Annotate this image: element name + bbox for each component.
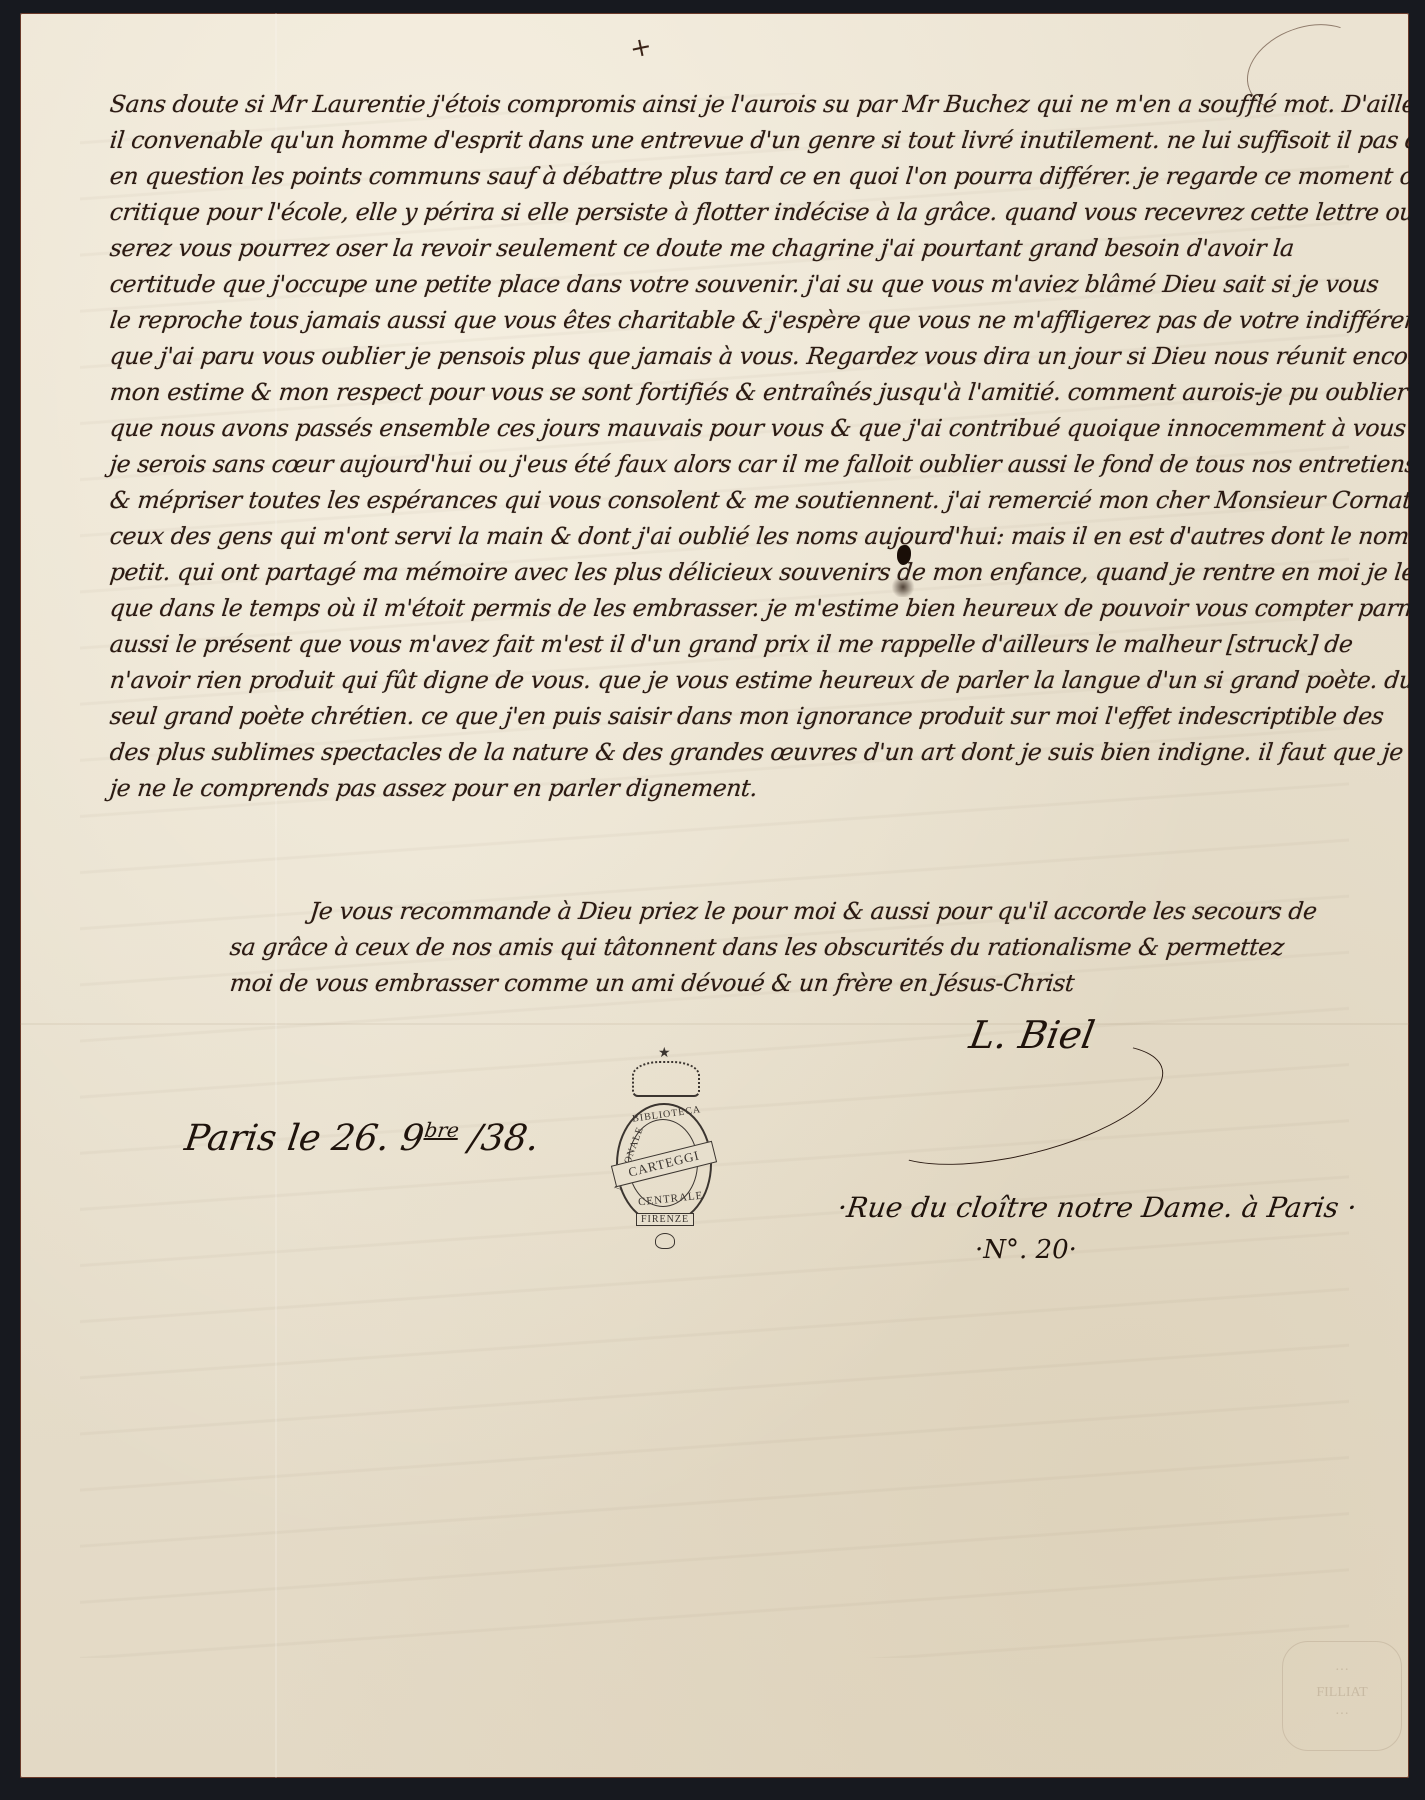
library-stamp: ★ BIBLIOTECA NAZIONALE CARTEGGI CENTRALE… (610, 1053, 720, 1253)
letter-page: + Sans doute si Mr Laurentie j'étois com… (20, 13, 1409, 1778)
body-line: des plus sublimes spectacles de la natur… (108, 734, 1409, 770)
body-line: mon estime & mon respect pour vous se so… (108, 374, 1409, 410)
address-number: ·N°. 20· (975, 1235, 1077, 1265)
body-line: Sans doute si Mr Laurentie j'étois compr… (108, 86, 1409, 122)
body-line: le reproche tous jamais aussi que vous ê… (108, 302, 1409, 338)
letter-body: Sans doute si Mr Laurentie j'étois compr… (110, 86, 1409, 806)
body-line: critique pour l'école, elle y périra si … (108, 194, 1409, 230)
month-base: 9 (398, 1118, 427, 1159)
star-icon: ★ (658, 1045, 671, 1062)
body-line: certitude que j'occupe une petite place … (108, 266, 1409, 302)
body-line: n'avoir rien produit qui fût digne de vo… (108, 662, 1409, 698)
blind-stamp-line: ··· (1283, 1704, 1401, 1726)
body-line: que nous avons passés ensemble ces jours… (108, 410, 1409, 446)
crown-icon (632, 1061, 700, 1097)
body-line: en question les points communs sauf à dé… (108, 158, 1409, 194)
body-line: ceux des gens qui m'ont servi la main & … (108, 518, 1409, 554)
closing-paragraph: Je vous recommande à Dieu priez le pour … (230, 893, 1380, 1001)
ink-smudge (890, 577, 916, 597)
body-line: & mépriser toutes les espérances qui vou… (108, 482, 1409, 518)
body-line: petit. qui ont partagé ma mémoire avec l… (108, 554, 1409, 590)
body-line: je ne le comprends pas assez pour en par… (108, 770, 1409, 806)
address-street: ·Rue du cloître notre Dame. à Paris · (836, 1191, 1359, 1224)
blind-stamp-line: FILLIAT (1283, 1682, 1401, 1704)
year: /38. (466, 1118, 541, 1159)
stamp-text-city: FIRENZE (636, 1213, 694, 1226)
blind-embossed-stamp: ··· FILLIAT ··· (1282, 1641, 1402, 1751)
viewport: + Sans doute si Mr Laurentie j'étois com… (0, 0, 1425, 1800)
body-line: seul grand poète chrétien. ce que j'en p… (108, 698, 1409, 734)
place-date: Paris le 26. 9bre /38. (182, 1118, 541, 1159)
body-line: serez vous pourrez oser la revoir seulem… (108, 230, 1409, 266)
stamp-pendant-icon (655, 1233, 675, 1249)
closing-line: moi de vous embrasser comme un ami dévou… (228, 965, 1382, 1001)
place: Paris le 26. (182, 1118, 392, 1159)
body-line: aussi le présent que vous m'avez fait m'… (108, 626, 1409, 662)
blind-stamp-line: ··· (1283, 1660, 1401, 1682)
body-line: que dans le temps où il m'étoit permis d… (108, 590, 1409, 626)
cross-mark: + (627, 31, 655, 65)
body-line: que j'ai paru vous oublier je pensois pl… (108, 338, 1409, 374)
month-sup: bre (423, 1118, 461, 1142)
horizontal-fold-line (20, 1023, 1409, 1025)
closing-line: Je vous recommande à Dieu priez le pour … (228, 893, 1382, 929)
body-line: il convenable qu'un homme d'esprit dans … (108, 122, 1409, 158)
closing-line: sa grâce à ceux de nos amis qui tâtonnen… (228, 929, 1382, 965)
body-line: je serois sans cœur aujourd'hui ou j'eus… (108, 446, 1409, 482)
